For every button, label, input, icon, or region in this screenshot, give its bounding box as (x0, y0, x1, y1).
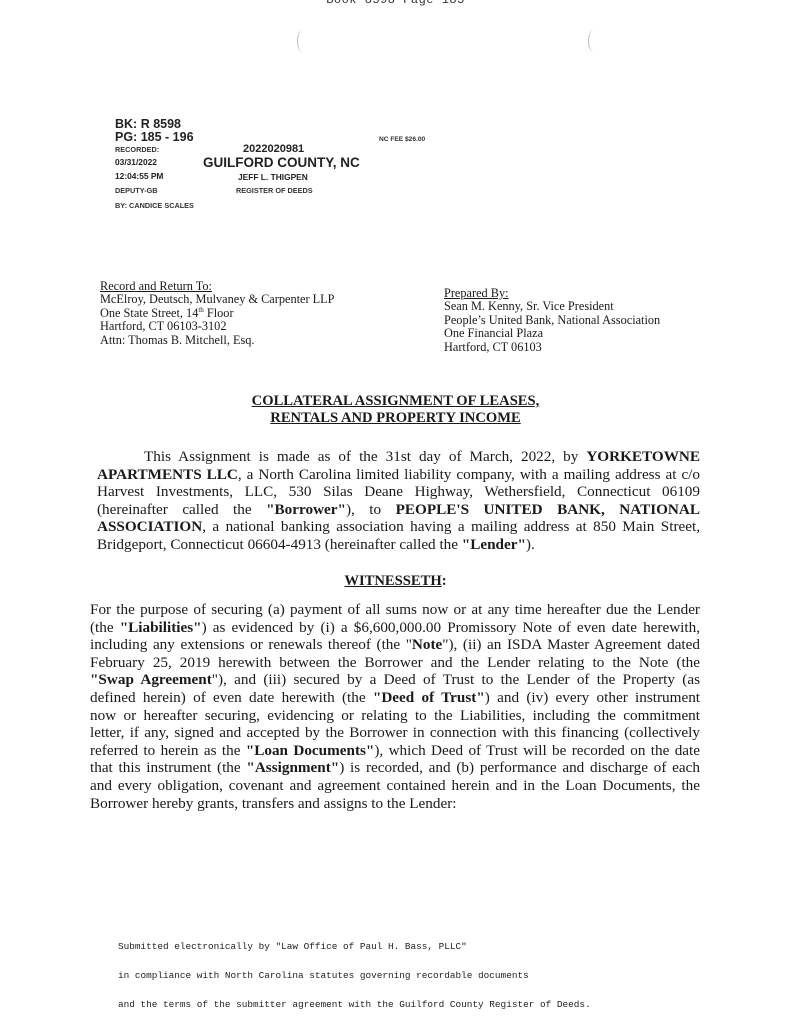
punch-hole-mark-left (297, 30, 308, 52)
paragraph-line: that this instrument (the "Assignment") … (90, 759, 700, 777)
paragraph-line: Harvest Investments, LLC, 530 Silas Dean… (97, 483, 700, 501)
witnesseth-heading: WITNESSETH: (0, 573, 791, 590)
record-and-return-heading: Record and Return To: (100, 280, 335, 293)
paragraph-line: letter, if any, signed and accepted by t… (90, 724, 700, 742)
recorded-by: BY: CANDICE SCALES (115, 201, 194, 210)
paragraph-line: For the purpose of securing (a) payment … (90, 601, 700, 619)
preparer-line: One Financial Plaza (444, 327, 660, 340)
paragraph-line: ASSOCIATION, a national banking associat… (97, 518, 700, 536)
paragraph-line: Bridgeport, Connecticut 06604-4913 (here… (97, 536, 700, 554)
main-paragraph: For the purpose of securing (a) payment … (90, 601, 700, 812)
recorded-time: 12:04:55 PM (115, 171, 163, 181)
intro-paragraph: This Assignment is made as of the 31st d… (97, 448, 700, 554)
preparer-line: Sean M. Kenny, Sr. Vice President (444, 300, 660, 313)
preparer-line: Hartford, CT 06103 (444, 341, 660, 354)
return-address-line: McElroy, Deutsch, Mulvaney & Carpenter L… (100, 293, 335, 306)
county-name: GUILFORD COUNTY, NC (203, 155, 360, 170)
paragraph-line: referred to herein as the "Loan Document… (90, 742, 700, 760)
paragraph-line: Borrower hereby grants, transfers and as… (90, 795, 700, 813)
document-title: COLLATERAL ASSIGNMENT OF LEASES, RENTALS… (0, 393, 791, 427)
paragraph-line: now or hereafter securing, evidencing or… (90, 707, 700, 725)
paragraph-line: including any extensions or renewals the… (90, 636, 700, 654)
prepared-by-heading: Prepared By: (444, 287, 660, 300)
electronic-submission-note: Submitted electronically by "Law Office … (118, 923, 591, 1019)
deputy: DEPUTY-GB (115, 186, 158, 195)
register-name: JEFF L. THIGPEN (238, 172, 308, 182)
paragraph-line: (the "Liabilities") as evidenced by (i) … (90, 619, 700, 637)
recorded-date: 03/31/2022 (115, 157, 157, 167)
paragraph-line: This Assignment is made as of the 31st d… (97, 448, 700, 466)
paragraph-line: APARTMENTS LLC, a North Carolina limited… (97, 466, 700, 484)
return-address-line: One State Street, 14th Floor (100, 307, 335, 320)
paragraph-line: (hereinafter called the "Borrower"), to … (97, 501, 700, 519)
recorded-label: RECORDED: (115, 145, 159, 154)
return-address-line: Hartford, CT 06103-3102 (100, 320, 335, 333)
instrument-number: 2022020981 (243, 143, 304, 155)
prepared-by-block: Prepared By: Sean M. Kenny, Sr. Vice Pre… (444, 287, 660, 354)
return-address-line: Attn: Thomas B. Mitchell, Esq. (100, 334, 335, 347)
paragraph-line: defined herein) of even date herewith (t… (90, 689, 700, 707)
preparer-line: People’s United Bank, National Associati… (444, 314, 660, 327)
paragraph-line: and every obligation, covenant and agree… (90, 777, 700, 795)
paragraph-line: "Swap Agreement"), and (iii) secured by … (90, 671, 700, 689)
paragraph-line: February 25, 2019 herewith between the B… (90, 654, 700, 672)
record-and-return-block: Record and Return To: McElroy, Deutsch, … (100, 280, 335, 347)
page-range: PG: 185 - 196 (115, 131, 194, 144)
punch-hole-mark-right (588, 30, 599, 52)
book-page-stamp: Book 8598 Page 185 (0, 0, 791, 7)
register-title: REGISTER OF DEEDS (236, 186, 313, 195)
recording-fee: NC FEE $26.00 (379, 136, 425, 143)
